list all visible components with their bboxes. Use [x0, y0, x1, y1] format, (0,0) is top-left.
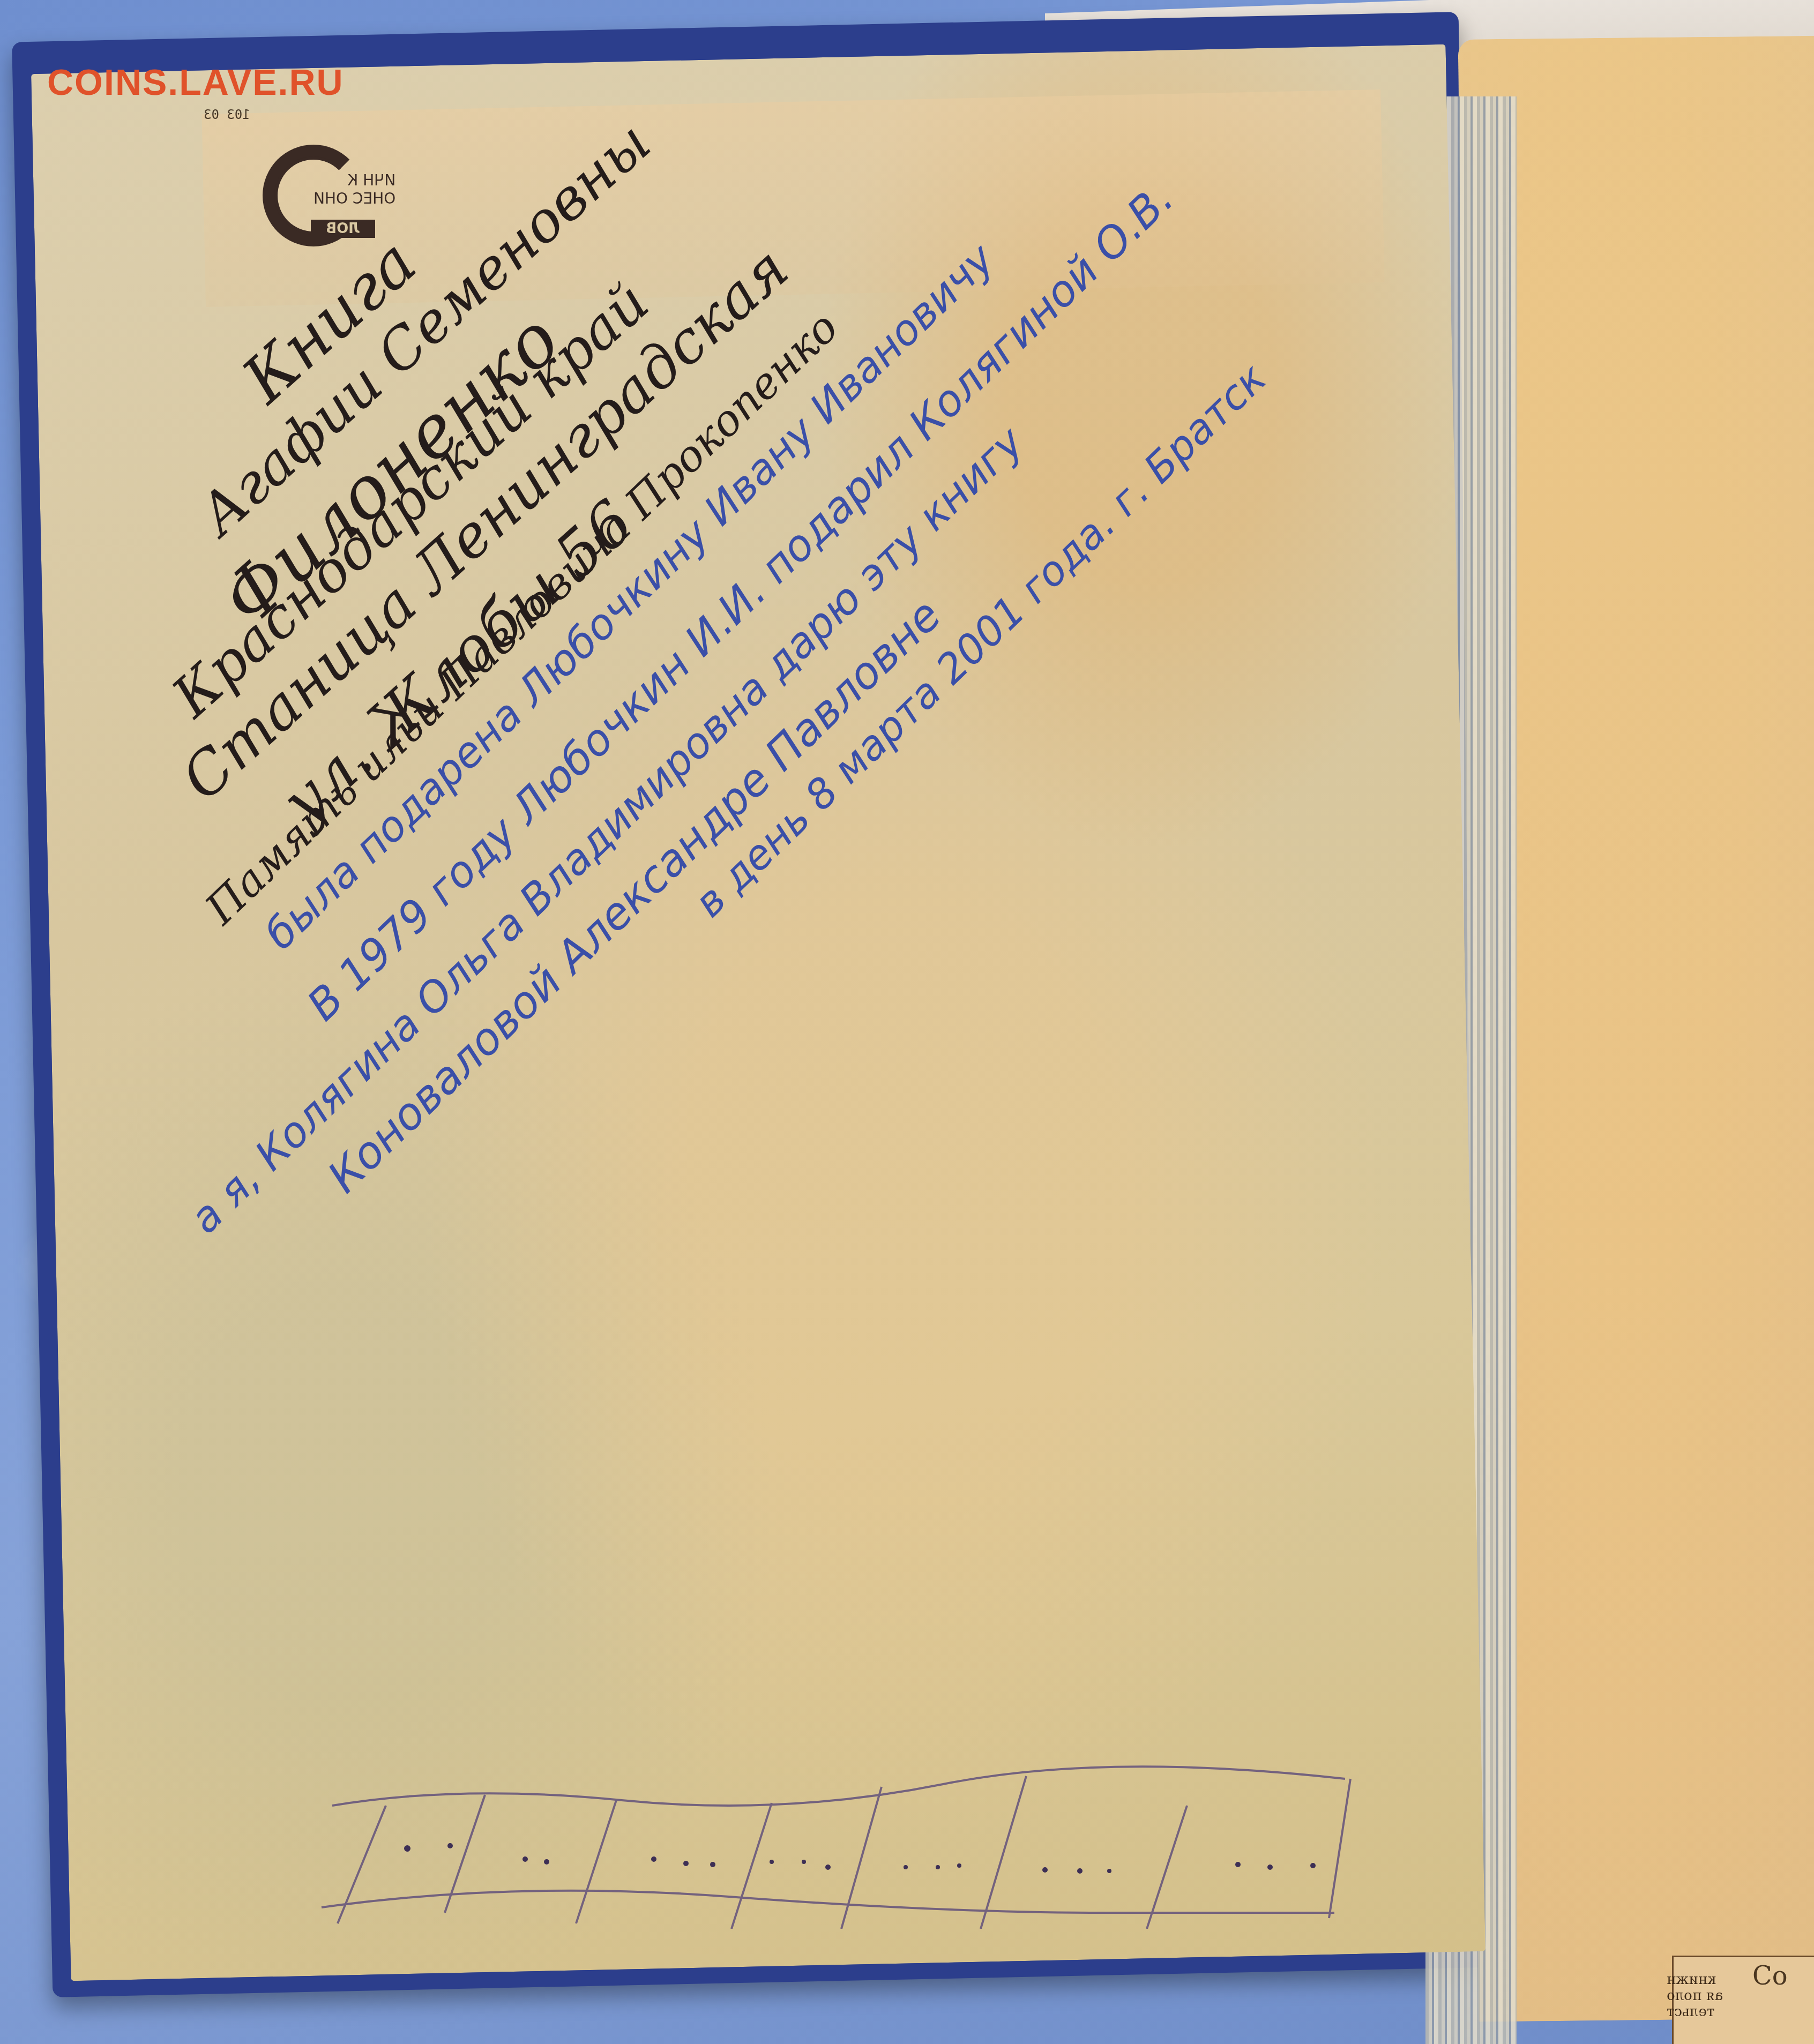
bookplate-fragment: Co — [1752, 1961, 1788, 1991]
handwritten-inscriptions: Книга Агафии Семеновны Филоненко Краснод… — [0, 0, 1814, 2044]
bookplate-line: книжн — [1667, 1972, 1742, 1988]
bookplate-text: книжн ая поло тельст — [1667, 1972, 1742, 2020]
pencil-drawn-grid — [300, 1752, 1372, 1929]
bookplate-line: тельст — [1667, 2004, 1742, 2020]
bookplate-line: ая поло — [1667, 1988, 1742, 2004]
